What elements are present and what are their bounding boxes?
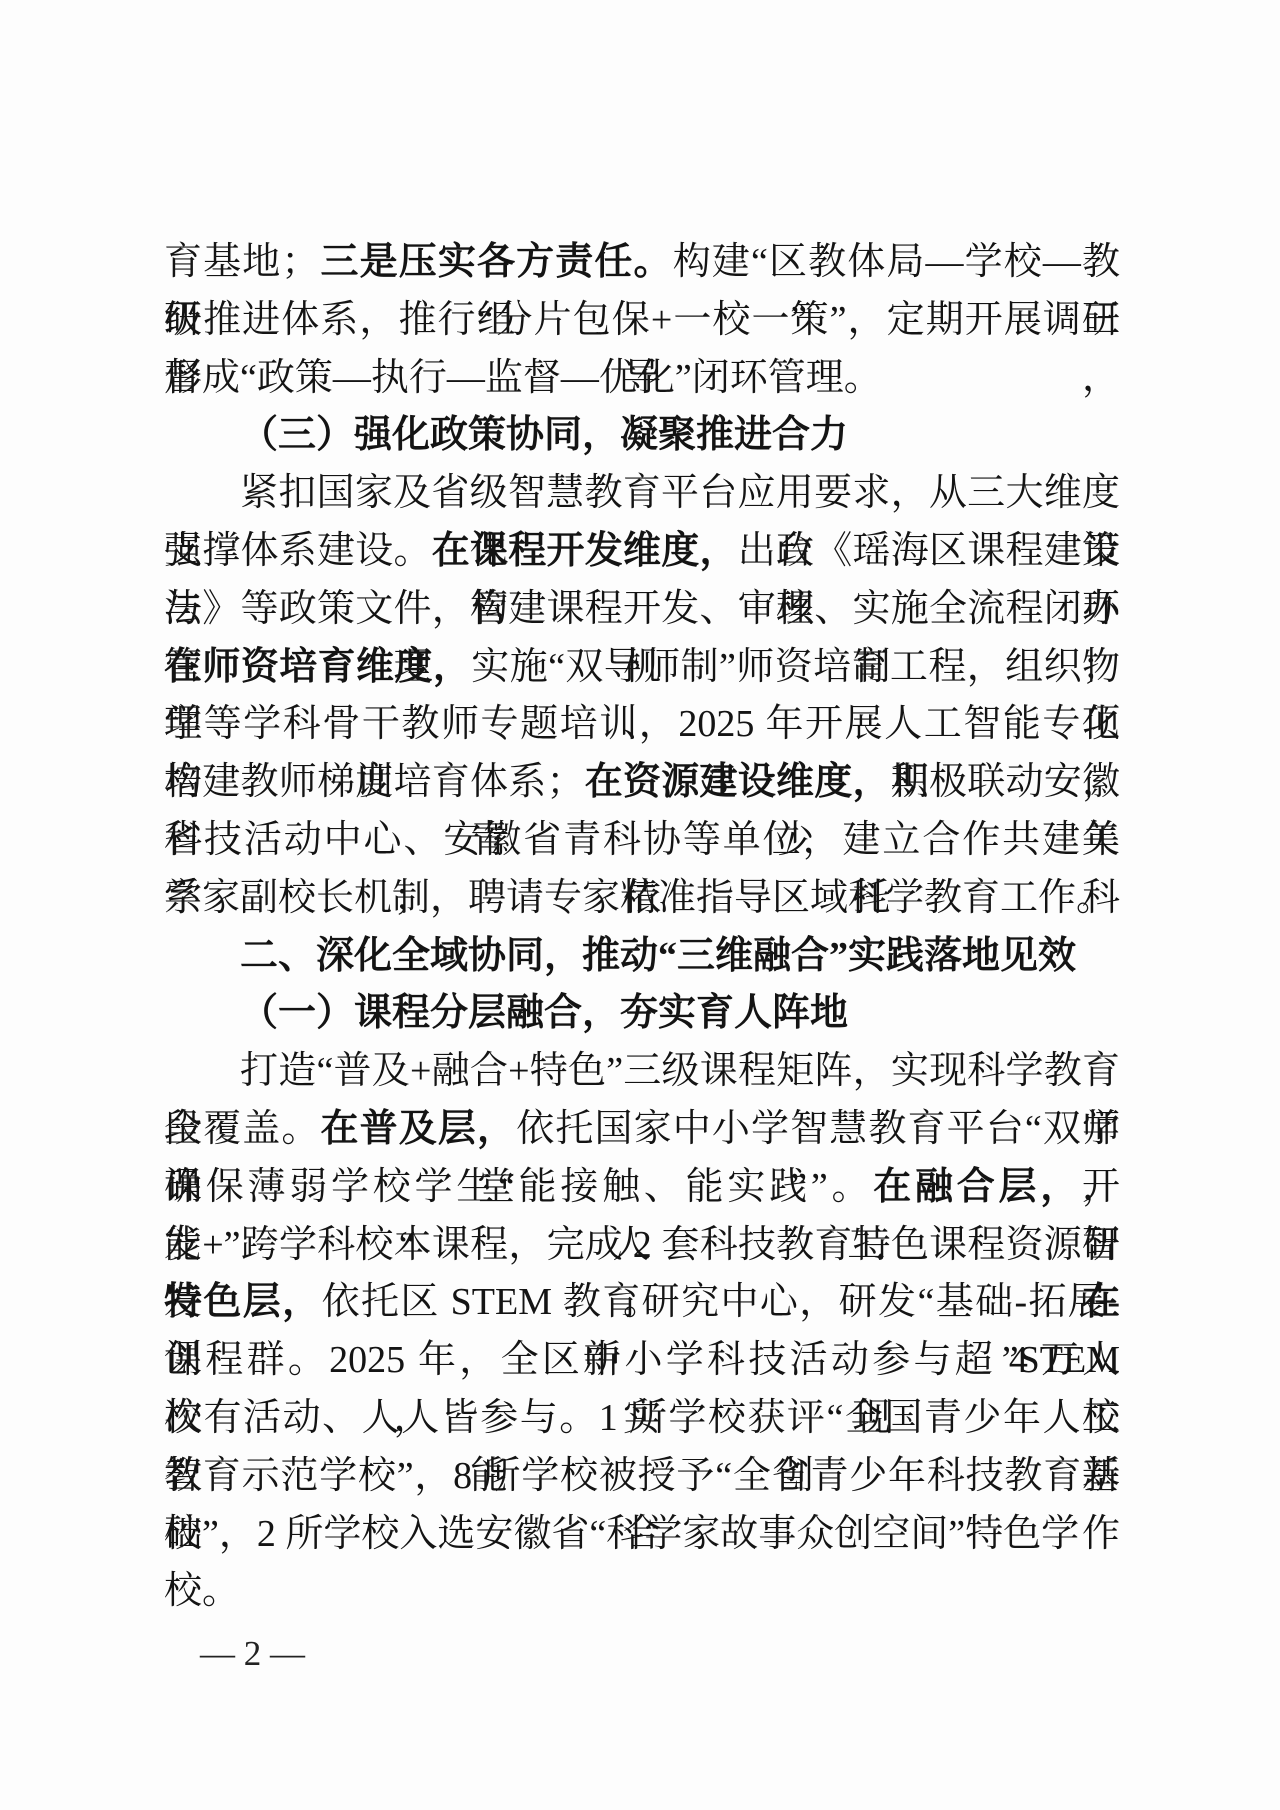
text-segment: 段覆盖。 (164, 1108, 321, 1150)
text-line: 能+”跨学科校本课程，完成 2 套科技教育特色课程资源研发。在 (164, 1217, 1120, 1275)
text-line: 在师资培育维度，实施“双导师制”师资培育工程，组织物理、化 (164, 639, 1120, 697)
bold-text-segment: 在课程开发维度， (432, 530, 738, 572)
heading-line: 二、深化全域协同，推动“三维融合”实践落地见效 (164, 928, 1120, 986)
text-line: 课程群。2025 年，全区中小学科技活动参与超 4 万人次，实现校 (164, 1332, 1120, 1390)
heading-line: （三）强化政策协同，凝聚推进合力 (164, 407, 1120, 465)
document-body: 育基地；三是压实各方责任。构建“区教体局—学校—教研组”三级推进体系，推行“分片… (164, 234, 1120, 1563)
text-line: 学家副校长机制，聘请专家精准指导区域科学教育工作。 (164, 870, 1120, 928)
text-line: 段覆盖。在普及层，依托国家中小学智慧教育平台“双师课堂”， (164, 1101, 1120, 1159)
text-segment: 形成“政策—执行—监督—优化”闭环管理。 (164, 357, 882, 399)
text-line: 确保薄弱学校学生“能接触、能实践”。在融合层，开发“人工智 (164, 1159, 1120, 1217)
bold-text-segment: 二、深化全域协同，推动“三维融合”实践落地见效 (240, 935, 1076, 977)
bold-text-segment: （一）课程分层融合，夯实育人阵地 (240, 992, 848, 1034)
text-line: 打造“普及+融合+特色”三级课程矩阵，实现科学教育全学 (164, 1043, 1120, 1101)
bold-text-segment: 特色层， (164, 1281, 322, 1323)
heading-line: （一）课程分层融合，夯实育人阵地 (164, 985, 1120, 1043)
bold-text-segment: 三是压实各方责任。 (319, 241, 672, 283)
text-segment: 构建教师梯度培育体系； (164, 761, 584, 803)
document-page: 育基地；三是压实各方责任。构建“区教体局—学校—教研组”三级推进体系，推行“分片… (0, 0, 1280, 1810)
text-line: 教育示范学校”，8 所学校被授予“全省青少年科技教育基础合作 (164, 1448, 1120, 1506)
text-line: 法》等政策文件，构建课程开发、审核、实施全流程闭环管理机制； (164, 581, 1120, 639)
bold-text-segment: 在资源建设维度， (584, 761, 890, 803)
bold-text-segment: 在融合层， (873, 1166, 1082, 1208)
text-line: 支撑体系建设。在课程开发维度，出台《瑶海区课程建设与管理办 (164, 523, 1120, 581)
bold-text-segment: （三）强化政策协同，凝聚推进合力 (240, 414, 848, 456)
bold-text-segment: 在普及层， (321, 1108, 517, 1150)
page-number: — 2 — (200, 1634, 305, 1674)
text-line: 校”，2 所学校入选安徽省“科学家故事众创空间”特色学校。 (164, 1506, 1120, 1564)
text-line: 紧扣国家及省级智慧教育平台应用要求，从三大维度强化政策 (164, 465, 1120, 523)
text-segment: 育基地； (164, 241, 319, 283)
text-line: 学等学科骨干教师专题培训，2025 年开展人工智能专项培训 3 期， (164, 696, 1120, 754)
text-segment: 校”，2 所学校入选安徽省“科学家故事众创空间”特色学校。 (164, 1513, 1079, 1613)
text-line: 构建教师梯度培育体系；在资源建设维度，积极联动安徽省青少年 (164, 754, 1120, 812)
text-line: 科技活动中心、安徽省青科协等单位，建立合作共建关系；依托科 (164, 812, 1120, 870)
text-segment: 确保薄弱学校学生“能接触、能实践”。 (164, 1166, 873, 1208)
text-segment: 学家副校长机制，聘请专家精准指导区域科学教育工作。 (164, 877, 1114, 919)
text-segment: 支撑体系建设。 (164, 530, 432, 572)
text-line: 特色层，依托区 STEM 教育研究中心，研发“基础-拓展-创新”STEM (164, 1274, 1120, 1332)
text-line: 校有活动、人人皆参与。1 所学校获评“全国青少年人工智能创新 (164, 1390, 1120, 1448)
bold-text-segment: 在师资培育维度， (164, 646, 471, 688)
text-line: 育基地；三是压实各方责任。构建“区教体局—学校—教研组”三 (164, 234, 1120, 292)
text-line: 级推进体系，推行“分片包保+一校一策”，定期开展调研督导， (164, 292, 1120, 350)
